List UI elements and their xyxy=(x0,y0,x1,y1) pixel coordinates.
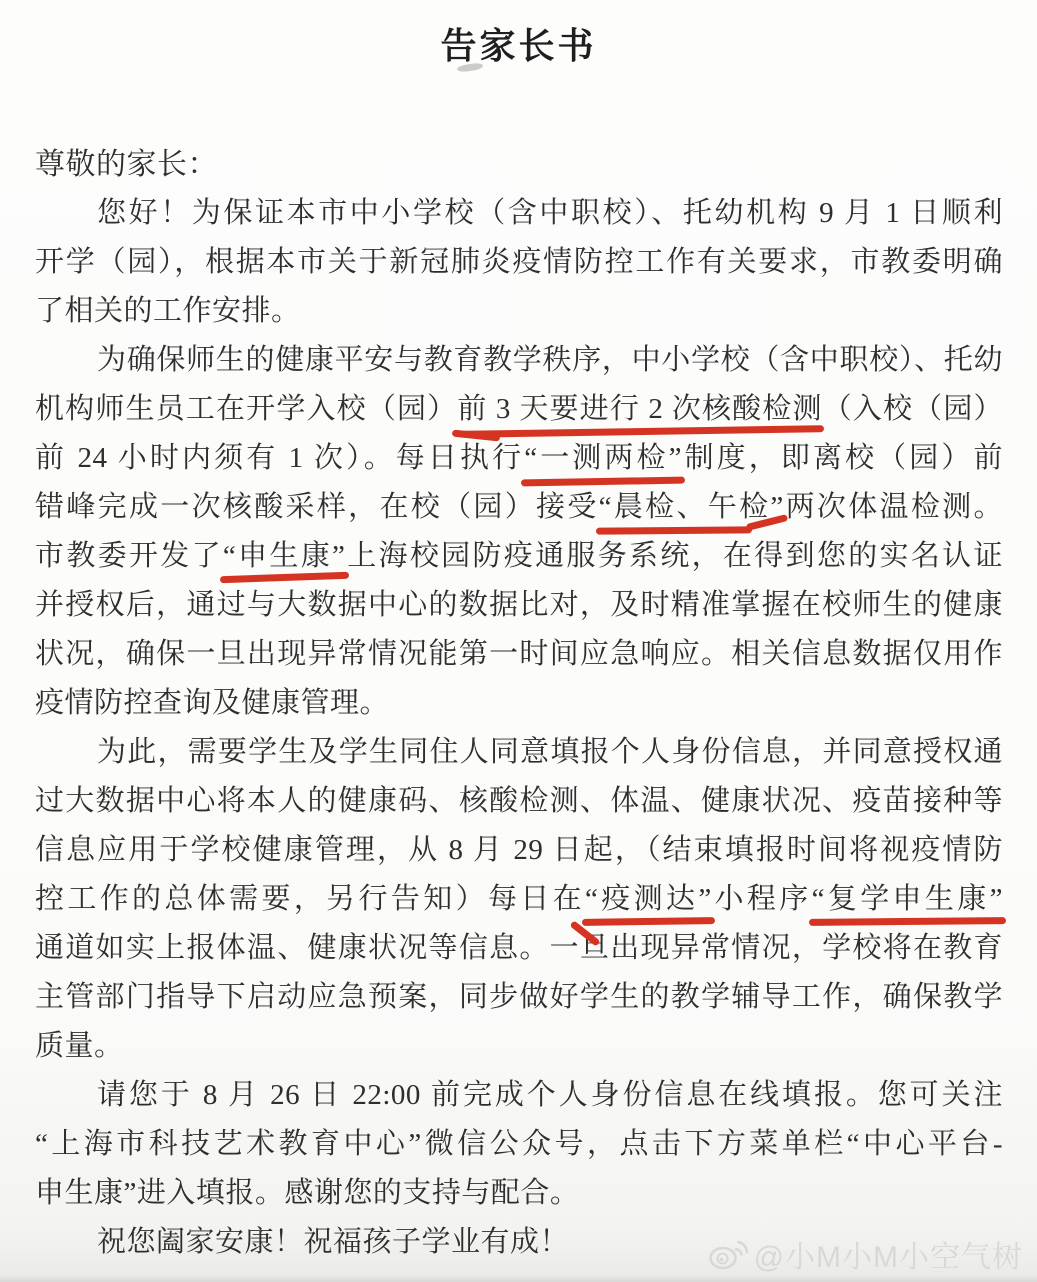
text-line: 申生康”进入填报。感谢您的支持与配合。 xyxy=(35,1169,1003,1218)
watermark: @小M小M小空气树 xyxy=(707,1232,1023,1276)
text-segment: 两次体温检测。 xyxy=(784,491,1003,523)
text-segment: “上海市科技艺术教育中心”微信公众号，点击下方菜单栏“中心平台- xyxy=(35,1128,1003,1160)
document-content: 尊敬的家长： 您好！为保证本市中小学校（含中职校）、托幼机构 9 月 1 日顺利… xyxy=(35,140,1003,1267)
text-line: 主管部门指导下启动应急预案，同步做好学生的教学辅导工作，确保教学 xyxy=(35,973,1003,1022)
text-segment: 上海校园防疫通服务系统，在得到您的实名认证 xyxy=(345,540,1003,572)
text-line: 通道如实上报体温、健康状况等信息。一旦出现异常情况，学校将在教育 xyxy=(35,924,1003,973)
text-line: 请您于 8 月 26 日 22:00 前完成个人身份信息在线填报。您可关注 xyxy=(35,1071,1003,1120)
red-underlined-phrase: “晨检、午检” xyxy=(599,491,784,523)
text-line: 疫情防控查询及健康管理。 xyxy=(35,679,1003,728)
text-segment: 通道如实上报体温、健康状况等信息。一旦出现异常情况，学校将在教育 xyxy=(35,932,1003,964)
document-body: 您好！为保证本市中小学校（含中职校）、托幼机构 9 月 1 日顺利开学（园），根… xyxy=(35,189,1003,1267)
text-segment: 小程序 xyxy=(712,883,812,915)
text-line: 市教委开发了“申生康”上海校园防疫通服务系统，在得到您的实名认证 xyxy=(35,532,1003,581)
scanned-letter-page: 告家长书 尊敬的家长： 您好！为保证本市中小学校（含中职校）、托幼机构 9 月 … xyxy=(0,0,1037,1282)
text-segment: 为此，需要学生及学生同住人同意填报个人身份信息，并同意授权通 xyxy=(97,736,1003,768)
text-segment: 制度，即离校（园）前 xyxy=(682,442,1003,474)
page-title: 告家长书 xyxy=(0,0,1037,69)
weibo-icon xyxy=(707,1236,749,1272)
text-segment: 开学（园），根据本市关于新冠肺炎疫情防控工作有关要求，市教委明确 xyxy=(35,246,1003,278)
text-segment: 控工作的总体需要，另行告知）每日在 xyxy=(35,883,585,915)
text-segment: 信息应用于学校健康管理，从 8 月 29 日起，（结束填报时间将视疫情防 xyxy=(35,834,1003,866)
text-segment: 市教委开发了 xyxy=(35,540,223,572)
text-segment: 并授权后，通过与大数据中心的数据比对，及时精准掌握在校师生的健康 xyxy=(35,589,1003,621)
text-segment: 错峰完成一次核酸采样，在校（园）接受 xyxy=(35,491,599,523)
red-underlined-phrase: 前 3 天要进行 2 次核酸检测 xyxy=(457,393,822,425)
text-segment: 质量。 xyxy=(35,1030,124,1062)
red-underlined-phrase: “复学申生康” xyxy=(812,883,1003,915)
text-segment: 您好！为保证本市中小学校（含中职校）、托幼机构 9 月 1 日顺利 xyxy=(97,197,1003,229)
text-segment: 祝您阖家安康！祝福孩子学业有成！ xyxy=(97,1226,569,1258)
text-segment: 了相关的工作安排。 xyxy=(35,295,301,327)
red-underlined-phrase: “申生康” xyxy=(223,540,346,572)
text-line: “上海市科技艺术教育中心”微信公众号，点击下方菜单栏“中心平台- xyxy=(35,1120,1003,1169)
text-line: 信息应用于学校健康管理，从 8 月 29 日起，（结束填报时间将视疫情防 xyxy=(35,826,1003,875)
text-segment: 请您于 8 月 26 日 22:00 前完成个人身份信息在线填报。您可关注 xyxy=(97,1079,1003,1111)
salutation: 尊敬的家长： xyxy=(35,140,1003,189)
text-segment: 状况，确保一旦出现异常情况能第一时间应急响应。相关信息数据仅用作 xyxy=(35,638,1003,670)
text-line: 过大数据中心将本人的健康码、核酸检测、体温、健康状况、疫苗接种等 xyxy=(35,777,1003,826)
red-underlined-phrase: “一测两检” xyxy=(524,442,682,474)
text-segment: 申生康”进入填报。感谢您的支持与配合。 xyxy=(35,1177,579,1209)
text-line: 了相关的工作安排。 xyxy=(35,287,1003,336)
text-line: 为此，需要学生及学生同住人同意填报个人身份信息，并同意授权通 xyxy=(35,728,1003,777)
text-segment: 主管部门指导下启动应急预案，同步做好学生的教学辅导工作，确保教学 xyxy=(35,981,1003,1013)
text-segment: 前 24 小时内须有 1 次）。每日执行 xyxy=(35,442,524,474)
text-segment: 机构师生员工在开学入校（园） xyxy=(35,393,457,425)
text-line: 机构师生员工在开学入校（园）前 3 天要进行 2 次核酸检测（入校（园） xyxy=(35,385,1003,434)
text-line: 控工作的总体需要，另行告知）每日在“疫测达”小程序“复学申生康” xyxy=(35,875,1003,924)
text-line: 错峰完成一次核酸采样，在校（园）接受“晨检、午检”两次体温检测。 xyxy=(35,483,1003,532)
text-line: 状况，确保一旦出现异常情况能第一时间应急响应。相关信息数据仅用作 xyxy=(35,630,1003,679)
page-bottom-shade xyxy=(0,1275,1037,1282)
text-line: 并授权后，通过与大数据中心的数据比对，及时精准掌握在校师生的健康 xyxy=(35,581,1003,630)
text-segment: 过大数据中心将本人的健康码、核酸检测、体温、健康状况、疫苗接种等 xyxy=(35,785,1003,817)
red-underlined-phrase: “疫测达” xyxy=(585,883,712,915)
text-line: 为确保师生的健康平安与教育教学秩序，中小学校（含中职校）、托幼 xyxy=(35,336,1003,385)
text-segment: 疫情防控查询及健康管理。 xyxy=(35,687,389,719)
text-line: 您好！为保证本市中小学校（含中职校）、托幼机构 9 月 1 日顺利 xyxy=(35,189,1003,238)
text-segment: 为确保师生的健康平安与教育教学秩序，中小学校（含中职校）、托幼 xyxy=(97,344,1003,376)
watermark-text: @小M小M小空气树 xyxy=(754,1232,1023,1276)
text-line: 质量。 xyxy=(35,1022,1003,1071)
text-line: 开学（园），根据本市关于新冠肺炎疫情防控工作有关要求，市教委明确 xyxy=(35,238,1003,287)
text-segment: （入校（园） xyxy=(823,393,1003,425)
text-line: 前 24 小时内须有 1 次）。每日执行“一测两检”制度，即离校（园）前 xyxy=(35,434,1003,483)
